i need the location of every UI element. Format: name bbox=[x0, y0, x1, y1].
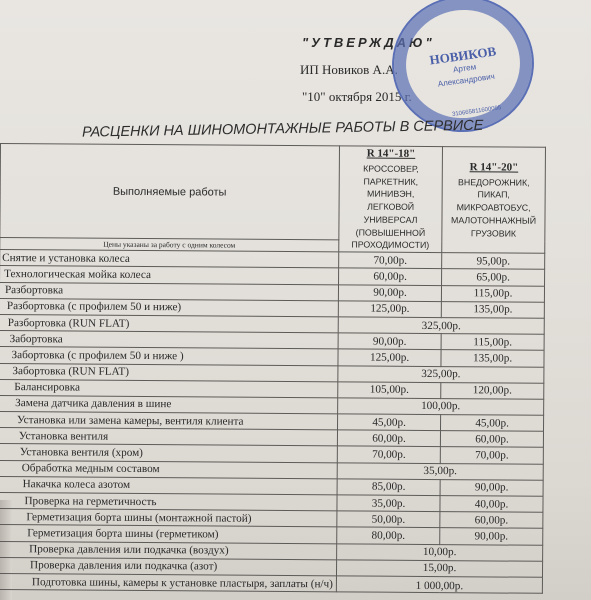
price-rows: Снятие и установка колеса70,00р.95,00р.Т… bbox=[0, 250, 545, 594]
price-col2: 45,00р. bbox=[441, 415, 544, 432]
price-col1: 60,00р. bbox=[339, 268, 442, 285]
price-col1: 50,00р. bbox=[337, 511, 440, 528]
price-col1: 70,00р. bbox=[339, 252, 442, 269]
price-col1: 80,00р. bbox=[337, 527, 440, 544]
price-both: 10,00р. bbox=[337, 543, 543, 561]
col1-header: R 14"-18" КРОССОВЕР, ПАРКЕТНИК, МИНИВЭН,… bbox=[339, 146, 443, 253]
col1-range: R 14"-18" bbox=[367, 148, 416, 160]
price-col2: 60,00р. bbox=[440, 512, 543, 529]
price-col1: 85,00р. bbox=[337, 479, 440, 496]
price-col2: 70,00р. bbox=[440, 447, 543, 464]
work-name: Подготовка шины, камеры к установке плас… bbox=[0, 573, 336, 592]
price-col1: 125,00р. bbox=[338, 349, 441, 366]
price-both: 1 000,00р. bbox=[336, 576, 542, 594]
price-col1: 90,00р. bbox=[338, 333, 441, 350]
price-both: 325,00р. bbox=[338, 365, 544, 383]
price-col2: 120,00р. bbox=[441, 382, 544, 399]
price-col1: 90,00р. bbox=[338, 284, 441, 301]
price-col2: 90,00р. bbox=[440, 528, 543, 545]
price-col2: 90,00р. bbox=[440, 479, 543, 496]
price-both: 15,00р. bbox=[336, 560, 542, 578]
table-row: Подготовка шины, камеры к установке плас… bbox=[0, 573, 542, 593]
col2-header: R 14"-20" ВНЕДОРОЖНИК, ПИКАП, МИКРОАВТОБ… bbox=[442, 147, 546, 254]
price-col2: 65,00р. bbox=[442, 269, 545, 286]
price-col2: 135,00р. bbox=[441, 301, 544, 318]
price-col2: 95,00р. bbox=[442, 253, 545, 270]
price-col1: 105,00р. bbox=[338, 382, 441, 399]
price-col1: 45,00р. bbox=[338, 414, 441, 431]
price-col2: 135,00р. bbox=[441, 350, 544, 367]
price-both: 35,00р. bbox=[337, 462, 543, 480]
price-col2: 60,00р. bbox=[441, 431, 544, 448]
price-col1: 60,00р. bbox=[337, 430, 440, 447]
col2-range: R 14"-20" bbox=[470, 161, 519, 173]
price-table: Выполняемые работы R 14"-18" КРОССОВЕР, … bbox=[0, 143, 546, 594]
price-both: 100,00р. bbox=[338, 398, 544, 416]
col1-desc: КРОССОВЕР, ПАРКЕТНИК, МИНИВЭН, ЛЕГКОВОЙ … bbox=[351, 163, 429, 250]
price-col1: 70,00р. bbox=[337, 446, 440, 463]
works-header: Выполняемые работы bbox=[0, 144, 339, 241]
price-col2: 115,00р. bbox=[441, 334, 544, 351]
price-col2: 115,00р. bbox=[442, 285, 545, 302]
price-col2: 40,00р. bbox=[440, 496, 543, 513]
col2-desc: ВНЕДОРОЖНИК, ПИКАП, МИКРОАВТОБУС, МАЛОТО… bbox=[451, 177, 536, 238]
price-both: 325,00р. bbox=[338, 317, 544, 335]
price-col1: 125,00р. bbox=[338, 301, 441, 318]
price-col1: 35,00р. bbox=[337, 495, 440, 512]
